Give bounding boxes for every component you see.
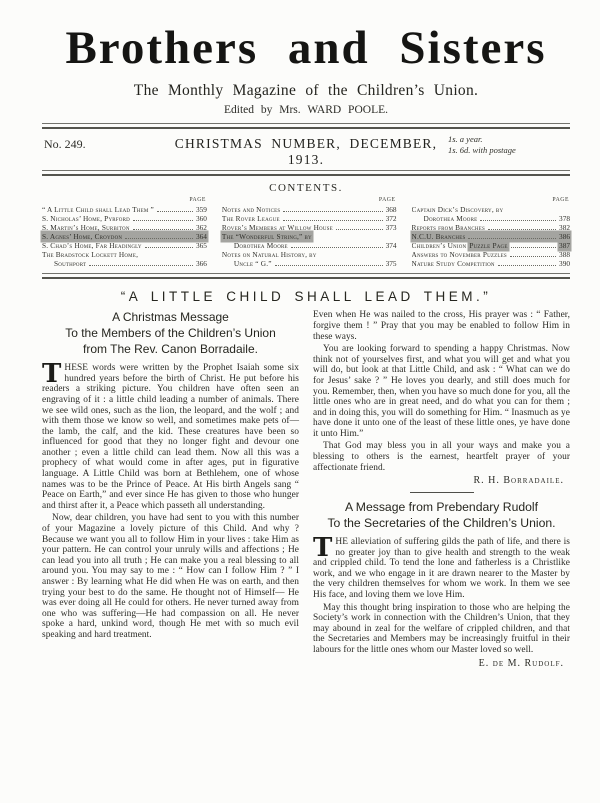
toc-entry: Captain Dick’s Discovery, by Dorothea Mo… <box>412 205 570 223</box>
paragraph: Now, dear children, you have had sent to… <box>42 513 299 640</box>
toc-leader-dots <box>480 220 556 221</box>
toc-entry-title: N.C.U. Branches <box>412 232 466 241</box>
issue-title: CHRISTMAS NUMBER, DECEMBER, 1913. <box>164 134 448 168</box>
toc-column-1: PAGE “ A Little Child shall Lead Them ” … <box>42 197 207 268</box>
toc-entry-title: Captain Dick’s Discovery, by <box>412 205 504 214</box>
toc-entry-title: The Rover League <box>222 214 280 223</box>
toc-entry: Reports from Branches 382 <box>412 223 570 232</box>
toc-entry: Notes and Notices 368 <box>222 205 397 214</box>
toc-entry: Answers to November Puzzles 388 <box>412 250 570 259</box>
subhead-line-1: A Christmas Message <box>42 310 299 326</box>
author-signature: E. de M. Rudolf. <box>313 658 564 669</box>
masthead: Brothers and Sisters The Monthly Magazin… <box>42 24 570 116</box>
toc-entry-page: 388 <box>559 250 570 259</box>
toc-entry-title-cont: Dorothea Moore <box>234 241 288 250</box>
price-line-2: 1s. 6d. with postage <box>448 145 568 156</box>
contents-heading: CONTENTS. <box>42 182 570 194</box>
toc-entry-highlighted: S. Agnes’ Home, Croydon 364 <box>42 232 207 241</box>
article-subhead: A Christmas Message To the Members of th… <box>42 310 299 357</box>
article-columns: A Christmas Message To the Members of th… <box>42 310 570 672</box>
paragraph: THESE words were written by the Prophet … <box>42 363 299 511</box>
toc-entry-page: 387 <box>559 241 570 250</box>
page-column-label: PAGE <box>222 197 397 204</box>
toc-entry: S. Nicholas’ Home, Pyrford 360 <box>42 214 207 223</box>
toc-entry-page: 382 <box>559 223 570 232</box>
toc-leader-dots <box>145 247 193 248</box>
toc-entry-title: S. Martin’s Home, Surbiton <box>42 223 130 232</box>
toc-entry-title: Reports from Branches <box>412 223 485 232</box>
toc-entry-page: 360 <box>196 214 207 223</box>
toc-entry-title: S. Agnes’ Home, Croydon <box>42 232 122 241</box>
article-column-left: A Christmas Message To the Members of th… <box>42 310 299 672</box>
page-column-label: PAGE <box>412 197 570 204</box>
paragraph: That God may bless you in all your ways … <box>313 441 570 473</box>
toc-entry-title-cont: Southport <box>54 259 86 268</box>
toc-entry: Nature Study Competition 390 <box>412 259 570 268</box>
toc-entry-title: Notes and Notices <box>222 205 280 214</box>
toc-entry-title: Children’s Union <box>412 241 467 250</box>
toc-entry: S. Chad’s Home, Far Headingly 365 <box>42 241 207 250</box>
toc-entry-page: 366 <box>196 259 207 268</box>
toc-entry-page: 374 <box>386 241 397 250</box>
toc-leader-dots <box>133 220 193 221</box>
toc-entry-title: Nature Study Competition <box>412 259 495 268</box>
magazine-subtitle: The Monthly Magazine of the Children’s U… <box>42 82 570 100</box>
article-title: “A LITTLE CHILD SHALL LEAD THEM.” <box>42 289 570 304</box>
toc-entry-page: 362 <box>196 223 207 232</box>
toc-entry-page: 373 <box>386 223 397 232</box>
magazine-page: Brothers and Sisters The Monthly Magazin… <box>0 0 600 803</box>
toc-leader-dots <box>125 238 193 239</box>
toc-column-2: PAGE Notes and Notices 368 The Rover Lea… <box>222 197 397 268</box>
toc-leader-dots <box>157 211 193 212</box>
edited-by-line: Edited by Mrs. WARD POOLE. <box>42 104 570 116</box>
toc-entry-page: 368 <box>386 205 397 214</box>
toc-entry: S. Martin’s Home, Surbiton 362 <box>42 223 207 232</box>
subhead-line-3: from The Rev. Canon Borradaile. <box>42 342 299 358</box>
toc-entry-title: Answers to November Puzzles <box>412 250 507 259</box>
author-signature: R. H. Borradaile. <box>313 475 564 486</box>
toc-leader-dots <box>498 265 556 266</box>
toc-entry-highlighted: The “Wonderful String,” by Dorothea Moor… <box>222 232 397 250</box>
toc-entry: “ A Little Child shall Lead Them ” 359 <box>42 205 207 214</box>
toc-leader-dots <box>283 211 382 212</box>
table-of-contents: PAGE “ A Little Child shall Lead Them ” … <box>42 197 570 268</box>
toc-entry: The Bradstock Lockett Home, Southport 36… <box>42 250 207 268</box>
section-divider <box>410 492 474 493</box>
paragraph: Even when He was nailed to the cross, Hi… <box>313 310 570 342</box>
price-line-1: 1s. a year. <box>448 134 568 145</box>
page-column-label: PAGE <box>42 197 207 204</box>
toc-entry-page: 359 <box>196 205 207 214</box>
toc-entry-page: 364 <box>196 232 207 241</box>
toc-leader-dots <box>133 229 193 230</box>
toc-column-3: PAGE Captain Dick’s Discovery, by Doroth… <box>412 197 570 268</box>
article2-heading-line-2: To the Secretaries of the Children’s Uni… <box>313 516 570 532</box>
toc-entry-title: S. Chad’s Home, Far Headingly <box>42 241 142 250</box>
toc-entry: The Rover League 372 <box>222 214 397 223</box>
price-block: 1s. a year. 1s. 6d. with postage <box>448 134 568 155</box>
toc-entry-highlighted: N.C.U. Branches 386 <box>412 232 570 241</box>
article2-heading: A Message from Prebendary Rudolf To the … <box>313 500 570 532</box>
toc-leader-dots <box>488 229 556 230</box>
toc-entry-title-cont: Uncle “ G.” <box>234 259 272 268</box>
horizontal-rule <box>42 170 570 176</box>
drop-cap: T <box>313 537 335 558</box>
toc-entry-title: The “Wonderful String,” by <box>222 232 312 241</box>
toc-entry-title-cont: Dorothea Moore <box>424 214 478 223</box>
toc-entry-title: “ A Little Child shall Lead Them ” <box>42 205 154 214</box>
toc-entry-title: S. Nicholas’ Home, Pyrford <box>42 214 130 223</box>
paragraph: THE alleviation of suffering gilds the p… <box>313 537 570 601</box>
toc-entry-page: 390 <box>559 259 570 268</box>
toc-entry-page: 372 <box>386 214 397 223</box>
toc-entry-page: 375 <box>386 259 397 268</box>
toc-leader-dots <box>336 229 383 230</box>
horizontal-rule <box>42 273 570 279</box>
toc-entry: Rover’s Members at Willow House 373 <box>222 223 397 232</box>
toc-leader-dots <box>283 220 383 221</box>
toc-entry-title-highlight: Puzzle Page <box>469 241 507 250</box>
paragraph: You are looking forward to spending a ha… <box>313 344 570 439</box>
article2-heading-line-1: A Message from Prebendary Rudolf <box>313 500 570 516</box>
toc-entry-page: 365 <box>196 241 207 250</box>
issue-bar: No. 249. CHRISTMAS NUMBER, DECEMBER, 191… <box>42 129 570 170</box>
paragraph: May this thought bring inspiration to th… <box>313 603 570 656</box>
issue-number: No. 249. <box>44 134 164 152</box>
subhead-line-2: To the Members of the Children’s Union <box>42 326 299 342</box>
toc-leader-dots <box>89 265 193 266</box>
magazine-title: Brothers and Sisters <box>42 24 570 73</box>
toc-entry-title: Notes on Natural History, by <box>222 250 317 259</box>
article-column-right: Even when He was nailed to the cross, Hi… <box>313 310 570 672</box>
toc-leader-dots <box>291 247 383 248</box>
toc-leader-dots <box>510 256 556 257</box>
toc-entry-page: 378 <box>559 214 570 223</box>
paragraph-text: HESE words were written by the Prophet I… <box>42 363 299 511</box>
paragraph-text: HE alleviation of suffering gilds the pa… <box>313 537 570 600</box>
toc-entry-title: Rover’s Members at Willow House <box>222 223 333 232</box>
toc-entry-highlighted: Children’s Union Puzzle Page 387 <box>412 241 570 250</box>
toc-entry: Notes on Natural History, by Uncle “ G.”… <box>222 250 397 268</box>
toc-leader-dots <box>275 265 383 266</box>
toc-leader-dots <box>468 238 556 239</box>
toc-entry-page: 386 <box>559 232 570 241</box>
toc-leader-dots <box>511 247 556 248</box>
drop-cap: T <box>42 363 64 384</box>
toc-entry-title: The Bradstock Lockett Home, <box>42 250 138 259</box>
